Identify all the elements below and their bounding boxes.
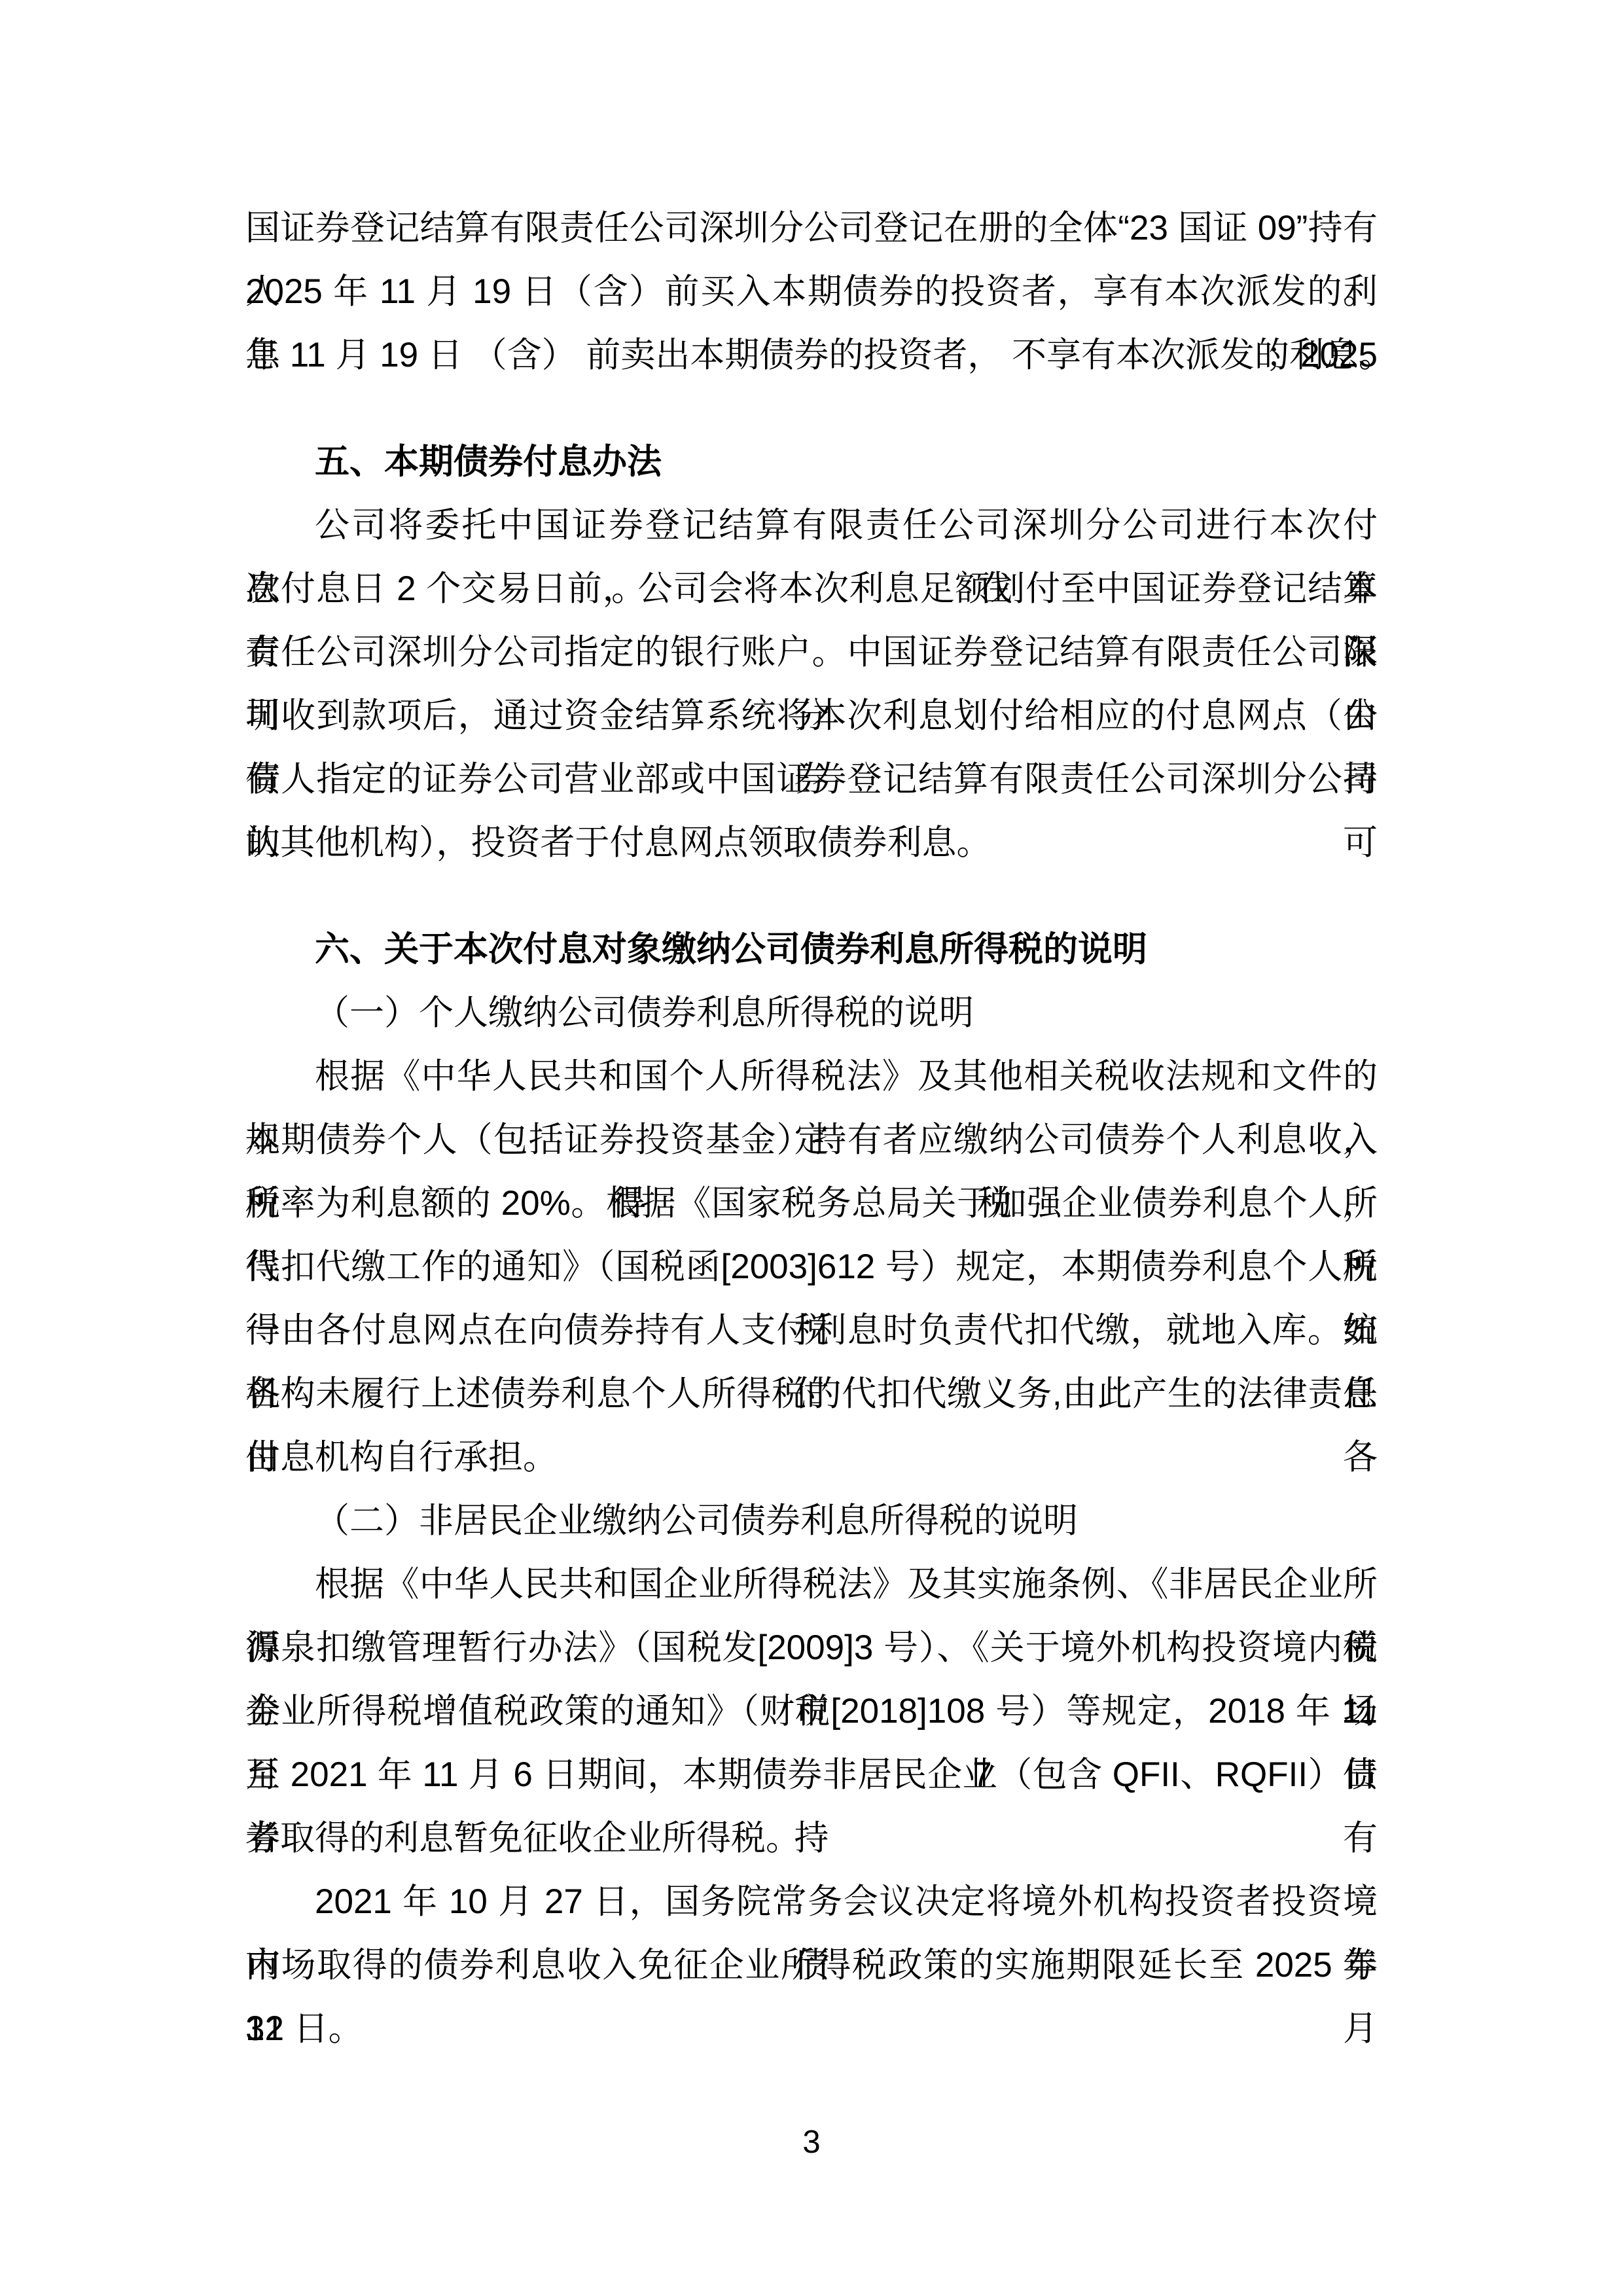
page-number: 3 xyxy=(0,2111,1623,2174)
section6-sub1-line: 本期债券个人（包括证券投资基金）持有者应缴纳公司债券个人利息收入所得税， xyxy=(245,1108,1378,1172)
intro-line: 国证券登记结算有限责任公司深圳分公司登记在册的全体“23 国证 09”持有人。 xyxy=(245,196,1378,260)
document-body: 国证券登记结算有限责任公司深圳分公司登记在册的全体“23 国证 09”持有人。 … xyxy=(245,196,1378,2060)
section6-sub1-line: 税率为利息额的 20%。根据《国家税务总局关于加强企业债券利息个人所得税 xyxy=(245,1172,1378,1235)
section6-sub1-heading: （一）个人缴纳公司债券利息所得税的说明 xyxy=(245,981,1378,1045)
section6-sub2-line: 源泉扣缴管理暂行办法》（国税发[2009]3 号）、《关于境外机构投资境内债券市… xyxy=(245,1616,1378,1679)
section6-sub2-line: 企业所得税增值税政策的通知》（财税[2018]108 号）等规定，2018 年 … xyxy=(245,1679,1378,1743)
intro-line: 2025 年 11 月 19 日（含）前买入本期债券的投资者，享有本次派发的利息… xyxy=(245,260,1378,323)
section6-sub2-line: 市场取得的债券利息收入免征企业所得税政策的实施期限延长至 2025 年 12 月 xyxy=(245,1933,1378,1997)
section6-sub1-line: 代扣代缴工作的通知》（国税函[2003]612 号）规定，本期债券利息个人所得税… xyxy=(245,1235,1378,1299)
section6-sub2-line: 2021 年 10 月 27 日，国务院常务会议决定将境外机构投资者投资境内债券 xyxy=(245,1870,1378,1933)
intro-line: 年 11 月 19 日 （含） 前卖出本期债券的投资者， 不享有本次派发的利息。 xyxy=(245,323,1378,387)
section5-line: 有人指定的证券公司营业部或中国证券登记结算有限责任公司深圳分公司认可 xyxy=(245,747,1378,811)
section5-line: 次付息日 2 个交易日前，公司会将本次利息足额划付至中国证券登记结算有限 xyxy=(245,557,1378,620)
section6-sub1-line: 根据《中华人民共和国个人所得税法》及其他相关税收法规和文件的规定， xyxy=(245,1045,1378,1108)
section5-heading: 五、本期债券付息办法 xyxy=(245,430,1378,493)
section6-sub2-heading: （二）非居民企业缴纳公司债券利息所得税的说明 xyxy=(245,1489,1378,1552)
section5-line: 司收到款项后，通过资金结算系统将本次利息划付给相应的付息网点（由债券持 xyxy=(245,684,1378,747)
section6-sub2-line: 至 2021 年 11 月 6 日期间，本期债券非居民企业（包含 QFII、RQ… xyxy=(245,1743,1378,1806)
section6-heading: 六、关于本次付息对象缴纳公司债券利息所得税的说明 xyxy=(245,918,1378,981)
section6-sub1-line: 一由各付息网点在向债券持有人支付利息时负责代扣代缴，就地入库。如各付息 xyxy=(245,1299,1378,1362)
section5-line: 公司将委托中国证券登记结算有限责任公司深圳分公司进行本次付息。在本 xyxy=(245,493,1378,557)
section5-line: 责任公司深圳分公司指定的银行账户。中国证券登记结算有限责任公司深圳分公 xyxy=(245,620,1378,684)
document-page: 国证券登记结算有限责任公司深圳分公司登记在册的全体“23 国证 09”持有人。 … xyxy=(0,0,1623,2296)
section6-sub2-line: 根据《中华人民共和国企业所得税法》及其实施条例、《非居民企业所得税 xyxy=(245,1552,1378,1616)
section6-sub1-line: 机构未履行上述债券利息个人所得税的代扣代缴义务,由此产生的法律责任由各 xyxy=(245,1362,1378,1426)
